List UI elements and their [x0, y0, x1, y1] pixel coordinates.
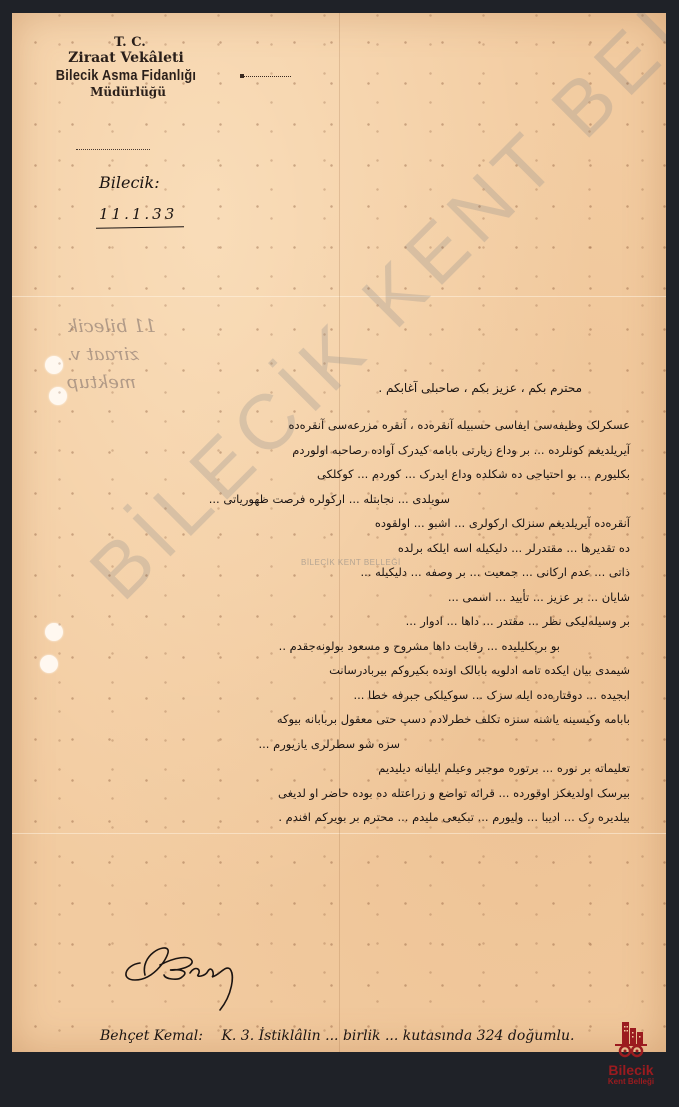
salutation: محترم بکم ، عزیز بکم ، صاحبلی آغابکم . [252, 381, 582, 395]
body-line: ابجیده ... دوقتاره‌ده ایله سزک ... سوکیل… [70, 683, 630, 708]
body-line: ده تقدیرها ... مقتدرلر ... دلیکیله اسه ا… [70, 536, 630, 561]
pencil-note: 11 bilecik ziraat v. mektup [67, 313, 217, 397]
place-label: Bilecik: [99, 173, 160, 192]
letterhead-dotted-line [76, 149, 150, 150]
letter-page: T. C. Ziraat Vekâleti Bilecik Asma Fidan… [12, 13, 666, 1052]
logo-title: Bilecik [600, 1063, 662, 1077]
body-line: آنقره‌ده آیریلدیغم سنزلک ارکولری ... اشب… [70, 511, 630, 536]
body-line: تعلیماته بر نوره ... برتوره موجبر وعیلم … [70, 756, 630, 781]
body-line: سویلدی ... نجابتله ... ارکولره فرصت ظهور… [70, 487, 450, 512]
body-line: بکلیورم ... بو احتیاجی ده شکلده وداع اید… [70, 462, 630, 487]
letterhead-republic: T. C. [45, 35, 215, 50]
body-line: بو بریکلیلیده ... رقابت داها مشروح و مسع… [70, 634, 560, 659]
logo-subtitle: Kent Belleği [600, 1077, 662, 1086]
date-underline [96, 226, 184, 229]
pencil-note-line: mektup [67, 369, 217, 397]
letterhead-ministry: Ziraat Vekâleti [37, 50, 215, 67]
footnote-text: K. 3. İstiklâlin ... birlik ... kutasınd… [221, 1028, 574, 1044]
letterhead-institution: Bilecik Asma Fidanlığı [50, 67, 201, 84]
footnote: Behçet Kemal: K. 3. İstiklâlin ... birli… [100, 1028, 574, 1044]
body-line: شیمدی بیان ایکده تامه ادلویه بابالک اوند… [70, 658, 630, 683]
arrow-mark-icon [243, 76, 291, 78]
body-line: سزه شو سطرلری یازیورم ... [70, 732, 400, 757]
letterhead: T. C. Ziraat Vekâleti Bilecik Asma Fidan… [55, 35, 215, 99]
pencil-note-line: 11 bilecik [67, 313, 217, 341]
body-line: بابامه وکیسینه یاشنه سنزه تکلف خطرلادم د… [70, 707, 630, 732]
body-line: شایان ... بر عزیز ... تأیید ... اسمی ... [70, 585, 630, 610]
body-line: بر وسیله‌لیکی نظر ... مقتدر ... داها ...… [70, 609, 630, 634]
letterhead-office: Müdürlüğü [41, 85, 215, 99]
body-line: بیلدیره رک ... ادیبا ... ولیورم ... تبکی… [70, 805, 630, 830]
pencil-note-line: ziraat v. [67, 341, 217, 369]
date-label: 11.1.33 [99, 205, 177, 223]
signature [120, 935, 250, 1015]
punch-hole [49, 387, 67, 405]
body-line: عسکرلک وظیفه‌سی ایفاسی حسبیله آنقره‌ده ،… [70, 413, 630, 438]
punch-hole [40, 655, 58, 673]
footnote-name: Behçet Kemal: [100, 1028, 203, 1044]
punch-hole [45, 356, 63, 374]
punch-hole [45, 623, 63, 641]
body-line: بیرسک اولدیغکز اوقورده ... قرائه تواضع و… [70, 781, 630, 806]
body-line: ذاتی ... عدم ارکانی ... جمعیت ... بر وصف… [70, 560, 630, 585]
body-line: آیریلدیغم کونلرده ... بر وداع زیارتی باب… [70, 438, 630, 463]
city-owl-icon [611, 1020, 651, 1058]
letter-body: عسکرلک وظیفه‌سی ایفاسی حسبیله آنقره‌ده ،… [70, 413, 630, 830]
bilecik-kent-bellegi-logo: Bilecik Kent Belleği [600, 1020, 662, 1086]
